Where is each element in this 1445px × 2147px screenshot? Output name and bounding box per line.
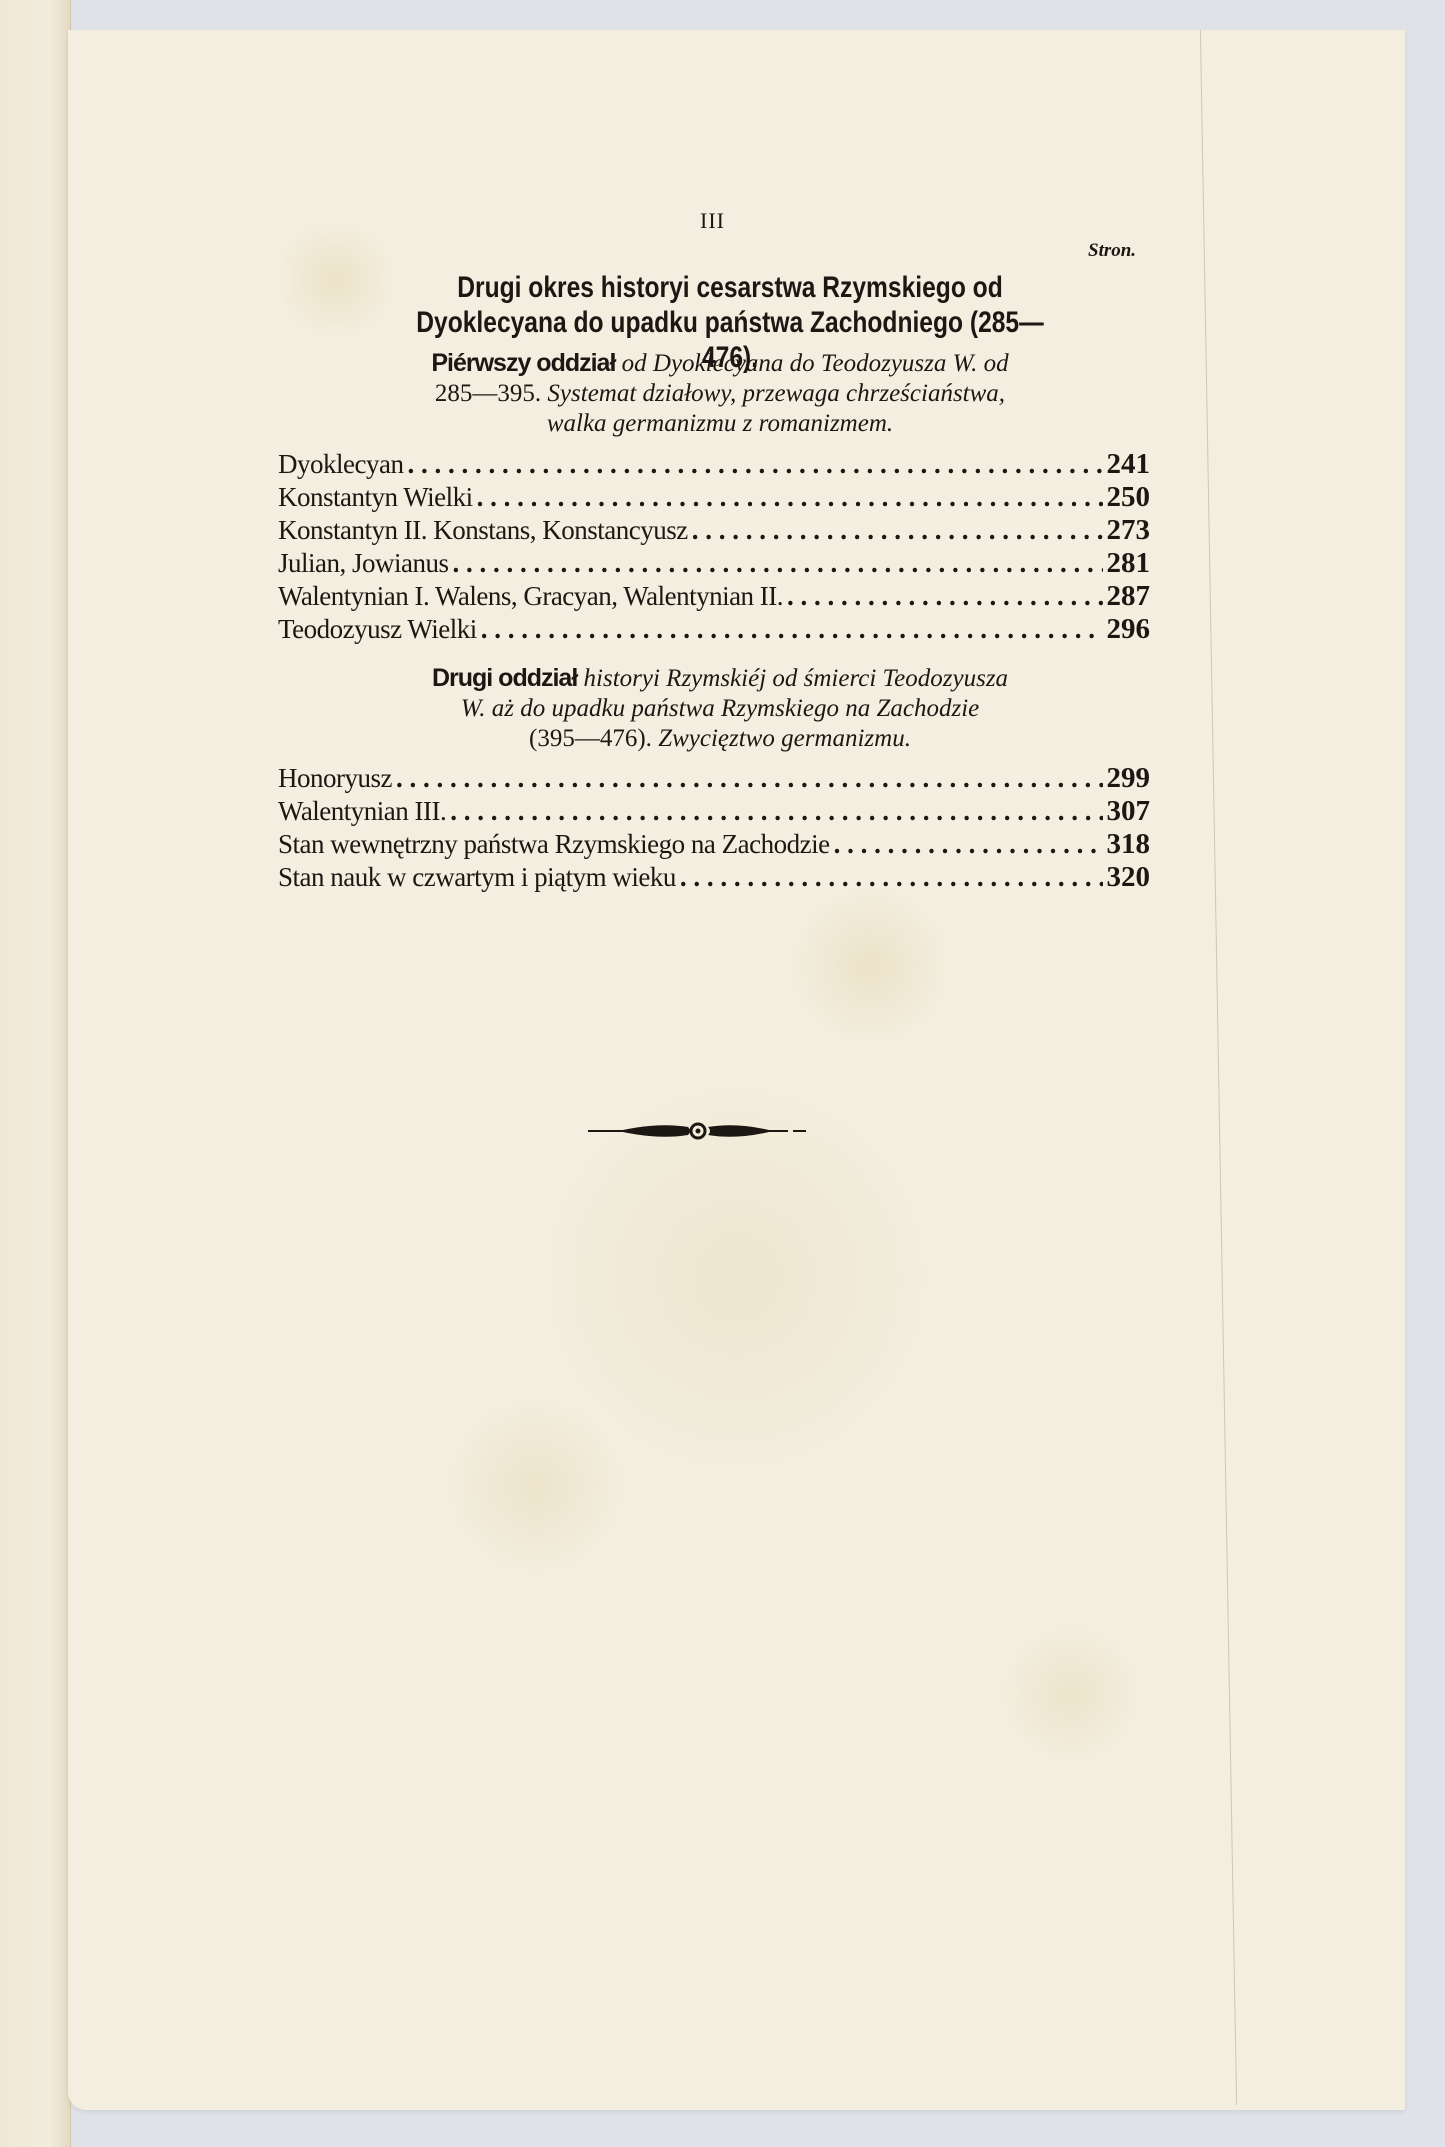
- toc-entry: Konstantyn Wielki 250: [278, 481, 1150, 514]
- toc-entry-page: 250: [1107, 481, 1151, 514]
- section-heading-italic: od Dyoklecyana do Teodozyusza W. od: [622, 350, 1009, 377]
- dot-leader: [407, 448, 1102, 481]
- section-date-range: 285—395.: [435, 380, 541, 407]
- section-heading-italic: historyi Rzymskiéj od śmierci Teodozyusz…: [584, 665, 1009, 692]
- section-description: W. aż do upadku państwa Rzymskiego na Za…: [330, 694, 1110, 724]
- dot-leader: [692, 514, 1103, 547]
- toc-entry-label: Konstantyn II. Konstans, Konstancyusz: [278, 514, 688, 547]
- section-description: walka germanizmu z romanizmem.: [330, 409, 1110, 439]
- toc-entry-label: Stan nauk w czwartym i piątym wieku: [278, 861, 676, 894]
- dot-leader: [396, 762, 1103, 795]
- toc-entry-label: Konstantyn Wielki: [278, 481, 473, 514]
- toc-entry-page: 273: [1107, 514, 1151, 547]
- section-date-range: (395—476).: [529, 725, 652, 752]
- toc-entry-page: 287: [1107, 580, 1151, 613]
- toc-entry-page: 296: [1107, 613, 1151, 646]
- section-description: Systemat działowy, przewaga chrześciańst…: [547, 380, 1005, 407]
- toc-entry-page: 320: [1107, 861, 1151, 894]
- section-description: Zwycięztwo germanizmu.: [658, 725, 911, 752]
- section-heading-1: Piérwszy oddział od Dyoklecyana do Teodo…: [330, 348, 1110, 439]
- toc-entry-page: 281: [1107, 547, 1151, 580]
- toc-entry: Teodozyusz Wielki 296: [278, 613, 1150, 646]
- dot-leader: [453, 547, 1103, 580]
- toc-entry-label: Stan wewnętrzny państwa Rzymskiego na Za…: [278, 828, 830, 861]
- facing-page-edge: [0, 0, 71, 2147]
- toc-list-1: Dyoklecyan 241 Konstantyn Wielki 250 Kon…: [278, 448, 1150, 646]
- toc-entry: Dyoklecyan 241: [278, 448, 1150, 481]
- ornament-divider-icon: [588, 1116, 808, 1146]
- section-heading-line: (395—476). Zwycięztwo germanizmu.: [330, 724, 1110, 754]
- dot-leader: [481, 613, 1103, 646]
- dot-leader: [680, 861, 1103, 894]
- toc-entry-label: Honoryusz: [278, 762, 392, 795]
- section-heading-bold: Piérwszy oddział: [431, 349, 615, 377]
- toc-entry-label: Walentynian III.: [278, 795, 446, 828]
- section-heading-line: 285—395. Systemat działowy, przewaga chr…: [330, 379, 1110, 409]
- toc-entry-label: Dyoklecyan: [278, 448, 403, 481]
- toc-entry-label: Teodozyusz Wielki: [278, 613, 477, 646]
- toc-entry-label: Walentynian I. Walens, Gracyan, Walentyn…: [278, 580, 783, 613]
- section-heading-line: Drugi oddział historyi Rzymskiéj od śmie…: [330, 663, 1110, 694]
- section-heading-2: Drugi oddział historyi Rzymskiéj od śmie…: [330, 663, 1110, 754]
- toc-entry: Stan nauk w czwartym i piątym wieku 320: [278, 861, 1150, 894]
- toc-entry-page: 241: [1107, 448, 1151, 481]
- toc-entry-page: 299: [1107, 762, 1151, 795]
- toc-entry: Julian, Jowianus 281: [278, 547, 1150, 580]
- toc-entry: Walentynian III. 307: [278, 795, 1150, 828]
- toc-entry: Stan wewnętrzny państwa Rzymskiego na Za…: [278, 828, 1150, 861]
- dot-leader: [477, 481, 1103, 514]
- toc-entry: Konstantyn II. Konstans, Konstancyusz 27…: [278, 514, 1150, 547]
- dot-leader: [834, 828, 1103, 861]
- toc-list-2: Honoryusz 299 Walentynian III. 307 Stan …: [278, 762, 1150, 894]
- dot-leader: [787, 580, 1102, 613]
- section-heading-bold: Drugi oddział: [432, 664, 577, 692]
- toc-entry-label: Julian, Jowianus: [278, 547, 449, 580]
- page-column-label: Stron.: [1088, 240, 1136, 262]
- dot-leader: [450, 795, 1102, 828]
- toc-entry: Honoryusz 299: [278, 762, 1150, 795]
- page-number: III: [700, 208, 725, 234]
- toc-entry: Walentynian I. Walens, Gracyan, Walentyn…: [278, 580, 1150, 613]
- toc-entry-page: 318: [1107, 828, 1151, 861]
- toc-entry-page: 307: [1107, 795, 1151, 828]
- section-heading-line: Piérwszy oddział od Dyoklecyana do Teodo…: [330, 348, 1110, 379]
